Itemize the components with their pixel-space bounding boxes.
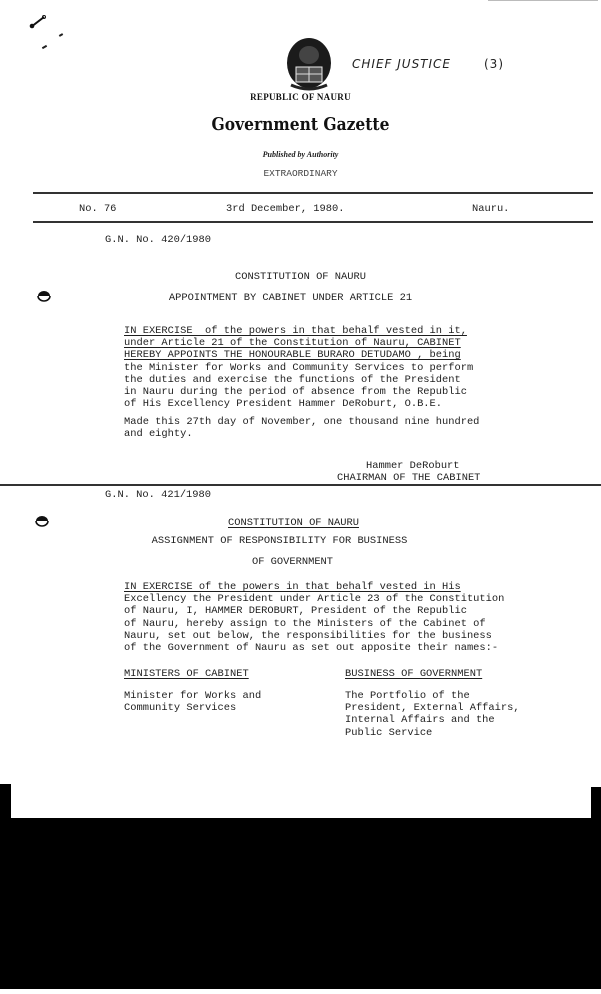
edition-label: EXTRAORDINARY bbox=[0, 168, 601, 180]
body-line: IN EXERCISE of the powers in that behalf… bbox=[124, 325, 473, 337]
notice-separator-rule bbox=[0, 484, 601, 486]
notice-subheading-2: OF GOVERNMENT bbox=[0, 556, 593, 568]
body-line-text: under Article 21 of the Constitution of … bbox=[124, 337, 461, 349]
signatory-name: Hammer DeRoburt bbox=[366, 460, 460, 472]
scan-mark-pin bbox=[28, 14, 50, 28]
issue-date: 3rd December, 1980. bbox=[226, 203, 344, 215]
body-line: Nauru, set out below, the responsibiliti… bbox=[124, 630, 504, 642]
scan-black-area bbox=[0, 818, 601, 989]
column-header-ministers: MINISTERS OF CABINET bbox=[124, 668, 249, 680]
notice-heading: CONSTITUTION OF NAURU bbox=[228, 517, 359, 529]
notice-number: G.N. No. 420/1980 bbox=[105, 234, 211, 246]
notice-heading-wrap: CONSTITUTION OF NAURU bbox=[0, 512, 601, 530]
issue-bottom-rule bbox=[33, 221, 593, 223]
republic-label: REPUBLIC OF NAURU bbox=[0, 92, 601, 102]
body-line: of Nauru, I, HAMMER DEROBURT, President … bbox=[124, 605, 504, 617]
notice-heading: CONSTITUTION OF NAURU bbox=[0, 271, 601, 283]
column-header-business: BUSINESS OF GOVERNMENT bbox=[345, 668, 482, 680]
notice-body: IN EXERCISE of the powers in that behalf… bbox=[124, 325, 473, 410]
business-line: The Portfolio of the bbox=[345, 690, 520, 702]
notice-number: G.N. No. 421/1980 bbox=[105, 489, 211, 501]
minister-line: Minister for Works and bbox=[124, 690, 261, 702]
body-line: in Nauru during the period of absence fr… bbox=[124, 386, 473, 398]
signatory-title: CHAIRMAN OF THE CABINET bbox=[337, 472, 480, 484]
body-line: of the Government of Nauru as set out ap… bbox=[124, 642, 504, 654]
body-line: the Minister for Works and Community Ser… bbox=[124, 362, 473, 374]
scan-mark-dash bbox=[42, 45, 47, 49]
coat-of-arms-icon bbox=[283, 35, 335, 93]
made-line: and eighty. bbox=[124, 428, 479, 440]
made-date: Made this 27th day of November, one thou… bbox=[124, 416, 479, 440]
body-line: the duties and exercise the functions of… bbox=[124, 374, 473, 386]
business-line: Internal Affairs and the bbox=[345, 714, 520, 726]
scan-black-edge-right bbox=[591, 787, 601, 820]
issue-number: No. 76 bbox=[79, 203, 116, 215]
table-row-business: The Portfolio of the President, External… bbox=[345, 690, 520, 739]
business-line: Public Service bbox=[345, 727, 520, 739]
notice-subheading: APPOINTMENT BY CABINET UNDER ARTICLE 21 bbox=[0, 292, 591, 304]
business-line: President, External Affairs, bbox=[345, 702, 520, 714]
scan-mark-dash bbox=[59, 33, 63, 37]
notice-subheading-1: ASSIGNMENT OF RESPONSIBILITY FOR BUSINES… bbox=[0, 535, 580, 547]
body-line-text: IN EXERCISE of the powers in that behalf… bbox=[124, 325, 467, 337]
body-line-text: IN EXERCISE of the powers in that behalf… bbox=[124, 581, 461, 593]
body-line: of Nauru, hereby assign to the Ministers… bbox=[124, 618, 504, 630]
body-line: HEREBY APPOINTS THE HONOURABLE BURARO DE… bbox=[124, 349, 473, 361]
body-line: IN EXERCISE of the powers in that behalf… bbox=[124, 581, 504, 593]
published-by: Published by Authority bbox=[0, 150, 601, 159]
issue-place: Nauru. bbox=[472, 203, 509, 215]
minister-line: Community Services bbox=[124, 702, 261, 714]
notice-body: IN EXERCISE of the powers in that behalf… bbox=[124, 581, 504, 654]
scan-black-edge-left bbox=[0, 784, 11, 819]
handwritten-note: CHIEF JUSTICE bbox=[352, 57, 451, 71]
made-line: Made this 27th day of November, one thou… bbox=[124, 416, 479, 428]
body-line: of His Excellency President Hammer DeRob… bbox=[124, 398, 473, 410]
scan-edge-line bbox=[488, 0, 598, 1]
table-row-minister: Minister for Works and Community Service… bbox=[124, 690, 261, 714]
issue-top-rule bbox=[33, 192, 593, 194]
handwritten-count: (3) bbox=[484, 57, 504, 71]
body-line-text: HEREBY APPOINTS THE HONOURABLE BURARO DE… bbox=[124, 349, 461, 361]
body-line: under Article 21 of the Constitution of … bbox=[124, 337, 473, 349]
body-line: Excellency the President under Article 2… bbox=[124, 593, 504, 605]
gazette-title: Government Gazette bbox=[42, 114, 559, 135]
